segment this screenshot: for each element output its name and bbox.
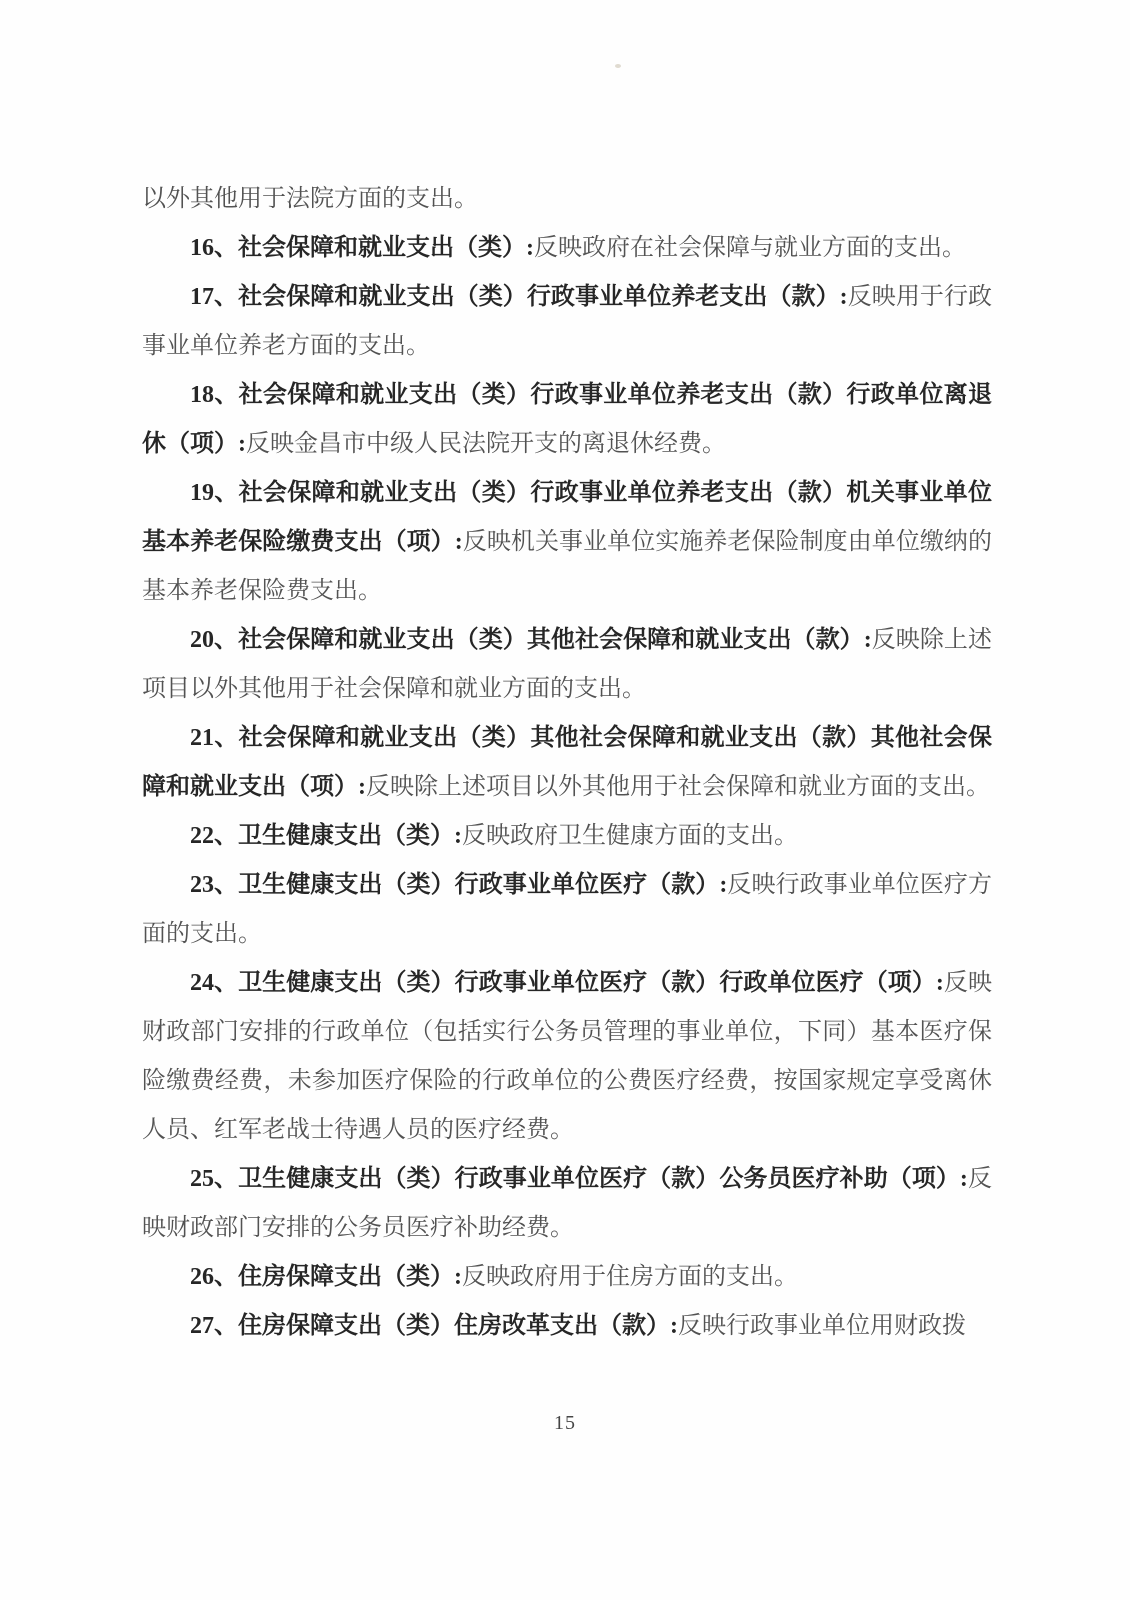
paragraph: 17、社会保障和就业支出（类）行政事业单位养老支出（款）:反映用于行政事业单位养… [142,273,992,371]
paragraph-body: 反映政府卫生健康方面的支出。 [462,823,798,849]
document-body: 以外其他用于法院方面的支出。 16、社会保障和就业支出（类）:反映政府在社会保障… [142,175,992,1351]
paragraph: 26、住房保障支出（类）:反映政府用于住房方面的支出。 [142,1253,992,1302]
paragraph-lead: 24、卫生健康支出（类）行政事业单位医疗（款）行政单位医疗（项）: [190,970,944,996]
paragraph-lead: 27、住房保障支出（类）住房改革支出（款）: [190,1313,678,1339]
paragraph: 25、卫生健康支出（类）行政事业单位医疗（款）公务员医疗补助（项）:反映财政部门… [142,1155,992,1253]
paragraph-lead: 20、社会保障和就业支出（类）其他社会保障和就业支出（款）: [190,627,872,653]
paragraph-lead: 23、卫生健康支出（类）行政事业单位医疗（款）: [190,872,727,898]
paragraph: 27、住房保障支出（类）住房改革支出（款）:反映行政事业单位用财政拨 [142,1302,992,1351]
paragraph-body: 反映政府用于住房方面的支出。 [462,1264,798,1290]
paragraph-body: 反映行政事业单位用财政拨 [678,1313,966,1339]
paragraph: 24、卫生健康支出（类）行政事业单位医疗（款）行政单位医疗（项）:反映财政部门安… [142,959,992,1155]
paragraph-body: 反映除上述项目以外其他用于社会保障和就业方面的支出。 [366,774,990,800]
paragraph: 20、社会保障和就业支出（类）其他社会保障和就业支出（款）:反映除上述项目以外其… [142,616,992,714]
page-number: 15 [0,1408,1130,1438]
paragraph-body: 反映金昌市中级人民法院开支的离退休经费。 [246,431,726,457]
paragraph: 21、社会保障和就业支出（类）其他社会保障和就业支出（款）其他社会保障和就业支出… [142,714,992,812]
scan-speck [615,64,621,68]
paragraph-lead: 25、卫生健康支出（类）行政事业单位医疗（款）公务员医疗补助（项）: [190,1166,968,1192]
paragraph: 16、社会保障和就业支出（类）:反映政府在社会保障与就业方面的支出。 [142,224,992,273]
paragraph: 23、卫生健康支出（类）行政事业单位医疗（款）:反映行政事业单位医疗方面的支出。 [142,861,992,959]
paragraph-body: 反映政府在社会保障与就业方面的支出。 [534,235,966,261]
paragraph-lead: 26、住房保障支出（类）: [190,1264,462,1290]
paragraph-lead: 22、卫生健康支出（类）: [190,823,462,849]
paragraph: 18、社会保障和就业支出（类）行政事业单位养老支出（款）行政单位离退休（项）:反… [142,371,992,469]
paragraph-lead: 16、社会保障和就业支出（类）: [190,235,534,261]
paragraph-body: 以外其他用于法院方面的支出。 [142,186,478,212]
paragraph: 22、卫生健康支出（类）:反映政府卫生健康方面的支出。 [142,812,992,861]
document-page: 以外其他用于法院方面的支出。 16、社会保障和就业支出（类）:反映政府在社会保障… [0,0,1130,1600]
paragraph: 以外其他用于法院方面的支出。 [142,175,992,224]
paragraph-lead: 17、社会保障和就业支出（类）行政事业单位养老支出（款）: [190,284,848,310]
paragraph: 19、社会保障和就业支出（类）行政事业单位养老支出（款）机关事业单位基本养老保险… [142,469,992,616]
